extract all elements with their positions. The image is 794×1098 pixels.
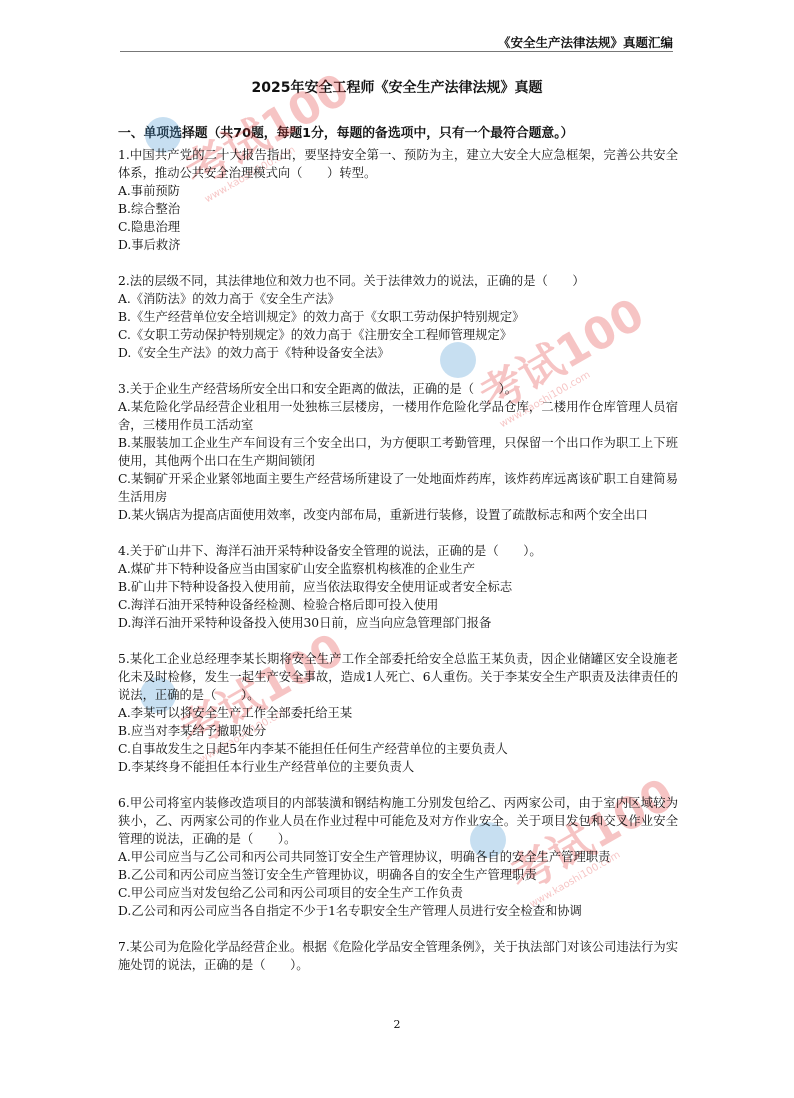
- option-c: C.自事故发生之日起5年内李某不能担任任何生产经营单位的主要负责人: [118, 740, 678, 758]
- question-4: 4.关于矿山井下、海洋石油开采特种设备安全管理的说法，正确的是（ ）。 A.煤矿…: [118, 542, 678, 632]
- option-c: C.某铜矿开采企业紧邻地面主要生产经营场所建设了一处地面炸药库，该炸药库远离该矿…: [118, 470, 678, 506]
- option-a: A.某危险化学品经营企业租用一处独栋三层楼房，一楼用作危险化学品仓库，二楼用作仓…: [118, 398, 678, 434]
- option-d: D.事后救济: [118, 236, 678, 254]
- document-title: 2025年安全工程师《安全生产法律法规》真题: [0, 77, 794, 97]
- question-stem: 7.某公司为危险化学品经营企业。根据《危险化学品安全管理条例》，关于执法部门对该…: [118, 938, 678, 974]
- question-5: 5.某化工企业总经理李某长期将安全生产工作全部委托给安全总监王某负责，因企业储罐…: [118, 650, 678, 776]
- option-c: C.《女职工劳动保护特别规定》的效力高于《注册安全工程师管理规定》: [118, 326, 678, 344]
- option-b: B.综合整治: [118, 200, 678, 218]
- option-d: D.海洋石油开采特种设备投入使用30日前，应当向应急管理部门报备: [118, 614, 678, 632]
- question-2: 2.法的层级不同，其法律地位和效力也不同。关于法律效力的说法，正确的是（ ） A…: [118, 272, 678, 362]
- question-stem: 4.关于矿山井下、海洋石油开采特种设备安全管理的说法，正确的是（ ）。: [118, 542, 678, 560]
- question-3: 3.关于企业生产经营场所安全出口和安全距离的做法，正确的是（ ）。 A.某危险化…: [118, 380, 678, 524]
- section-heading: 一、单项选择题（共70题，每题1分，每题的备选项中，只有一个最符合题意。）: [118, 122, 573, 141]
- option-a: A.李某可以将安全生产工作全部委托给王某: [118, 704, 678, 722]
- option-b: B.矿山井下特种设备投入使用前，应当依法取得安全使用证或者安全标志: [118, 578, 678, 596]
- option-b: B.应当对李某给予撤职处分: [118, 722, 678, 740]
- option-c: C.甲公司应当对发包给乙公司和丙公司项目的安全生产工作负责: [118, 884, 678, 902]
- option-b: B.某服装加工企业生产车间设有三个安全出口，为方便职工考勤管理，只保留一个出口作…: [118, 434, 678, 470]
- option-b: B.《生产经营单位安全培训规定》的效力高于《女职工劳动保护特别规定》: [118, 308, 678, 326]
- question-stem: 5.某化工企业总经理李某长期将安全生产工作全部委托给安全总监王某负责，因企业储罐…: [118, 650, 678, 704]
- option-d: D.李某终身不能担任本行业生产经营单位的主要负责人: [118, 758, 678, 776]
- page-number: 2: [0, 1018, 794, 1031]
- question-7: 7.某公司为危险化学品经营企业。根据《危险化学品安全管理条例》，关于执法部门对该…: [118, 938, 678, 974]
- option-a: A.煤矿井下特种设备应当由国家矿山安全监察机构核准的企业生产: [118, 560, 678, 578]
- question-list: 1.中国共产党的二十大报告指出，要坚持安全第一、预防为主，建立大安全大应急框架，…: [118, 146, 678, 992]
- option-d: D.乙公司和丙公司应当各自指定不少于1名专职安全生产管理人员进行安全检查和协调: [118, 902, 678, 920]
- question-stem: 3.关于企业生产经营场所安全出口和安全距离的做法，正确的是（ ）。: [118, 380, 678, 398]
- question-stem: 6.甲公司将室内装修改造项目的内部装潢和钢结构施工分别发包给乙、丙两家公司，由于…: [118, 794, 678, 848]
- question-1: 1.中国共产党的二十大报告指出，要坚持安全第一、预防为主，建立大安全大应急框架，…: [118, 146, 678, 254]
- running-title: 《安全生产法律法规》真题汇编: [498, 33, 673, 51]
- question-6: 6.甲公司将室内装修改造项目的内部装潢和钢结构施工分别发包给乙、丙两家公司，由于…: [118, 794, 678, 920]
- option-c: C.海洋石油开采特种设备经检测、检验合格后即可投入使用: [118, 596, 678, 614]
- option-a: A.《消防法》的效力高于《安全生产法》: [118, 290, 678, 308]
- option-a: A.事前预防: [118, 182, 678, 200]
- question-stem: 2.法的层级不同，其法律地位和效力也不同。关于法律效力的说法，正确的是（ ）: [118, 272, 678, 290]
- question-stem: 1.中国共产党的二十大报告指出，要坚持安全第一、预防为主，建立大安全大应急框架，…: [118, 146, 678, 182]
- option-d: D.某火锅店为提高店面使用效率，改变内部布局，重新进行装修，设置了疏散标志和两个…: [118, 506, 678, 524]
- option-b: B.乙公司和丙公司应当签订安全生产管理协议，明确各自的安全生产管理职责: [118, 866, 678, 884]
- option-d: D.《安全生产法》的效力高于《特种设备安全法》: [118, 344, 678, 362]
- option-a: A.甲公司应当与乙公司和丙公司共同签订安全生产管理协议，明确各自的安全生产管理职…: [118, 848, 678, 866]
- page-header: 《安全生产法律法规》真题汇编: [120, 31, 673, 52]
- option-c: C.隐患治理: [118, 218, 678, 236]
